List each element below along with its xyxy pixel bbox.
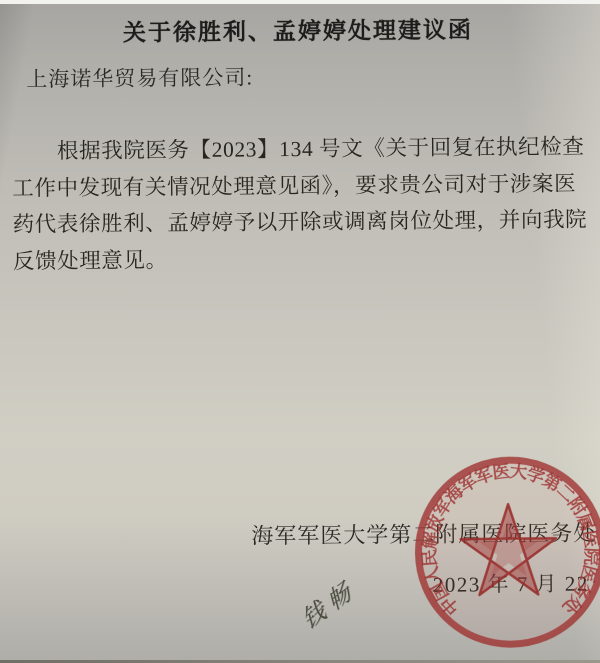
body-line-1: 根据我院医务【2023】134 号文《关于回复在执纪检查	[12, 128, 592, 170]
handwritten-signature: 钱畅	[295, 568, 362, 636]
body-paragraph: 根据我院医务【2023】134 号文《关于回复在执纪检查 工作中发现有关情况处理…	[12, 128, 593, 279]
scanned-letter-page: { "document": { "title": "关于徐胜利、孟婷婷处理建议函…	[0, 0, 600, 663]
document-title: 关于徐胜利、孟婷婷处理建议函	[0, 10, 598, 48]
addressee-line: 上海诺华贸易有限公司:	[26, 61, 253, 93]
letter-content: 关于徐胜利、孟婷婷处理建议函 上海诺华贸易有限公司: 根据我院医务【2023】1…	[0, 0, 600, 663]
body-line-4: 反馈处理意见。	[13, 238, 593, 280]
body-line-2: 工作中发现有关情况处理意见函》，要求贵公司对于涉案医	[12, 165, 592, 207]
body-line-3: 药代表徐胜利、孟婷婷予以开除或调离岗位处理，并向我院	[12, 201, 592, 243]
official-red-seal: 中国人民解放军海军军医大学第二附属医院医务处	[400, 441, 600, 663]
